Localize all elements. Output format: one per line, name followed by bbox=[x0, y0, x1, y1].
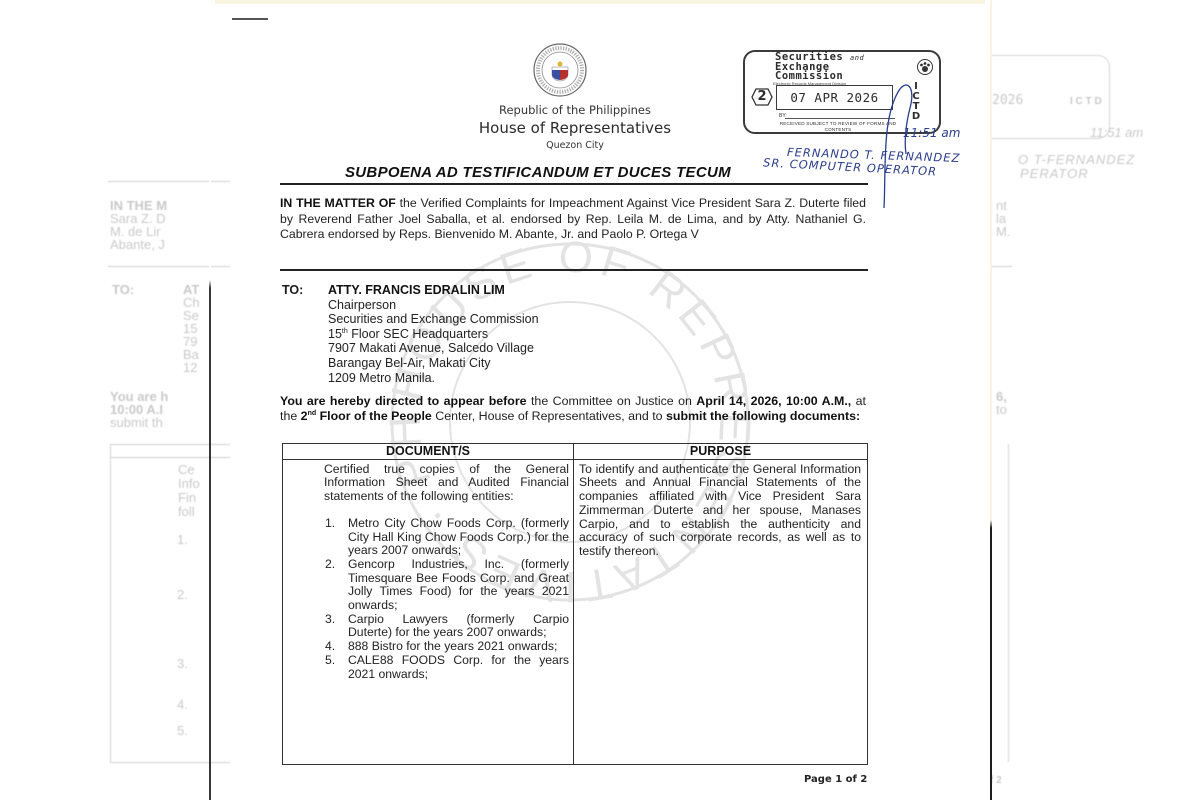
stamp-by-line bbox=[785, 118, 895, 119]
ghost-text: 4. bbox=[177, 697, 188, 712]
in-the-matter-paragraph: IN THE MATTER OF the Verified Complaints… bbox=[280, 196, 866, 243]
page-edge-right bbox=[990, 0, 992, 800]
ghost-text: Info bbox=[178, 476, 200, 491]
page-top-tint bbox=[215, 0, 985, 4]
addressee-street: 7907 Makati Avenue, Salcedo Village bbox=[328, 341, 539, 356]
entity-item: 1.Metro City Chow Foods Corp. (formerly … bbox=[324, 517, 569, 558]
ghost-rule bbox=[990, 266, 1012, 267]
ghost-text: 5. bbox=[177, 723, 188, 738]
ghost-text: 10:00 A.I bbox=[110, 402, 163, 417]
ghost-table-top bbox=[110, 444, 230, 445]
addressee-block: ATTY. FRANCIS EDRALIN LIM Chairperson Se… bbox=[328, 283, 539, 385]
ghost-text: Ch bbox=[183, 295, 200, 310]
purpose-cell: To identify and authenticate the General… bbox=[574, 459, 868, 764]
ghost-text: I C T D bbox=[1070, 94, 1102, 109]
entity-item: 4.888 Bistro for the years 2021 onwards; bbox=[324, 640, 569, 654]
matter-rule bbox=[280, 269, 868, 271]
ghost-text: 6, bbox=[996, 389, 1007, 404]
ghost-text: 2026 bbox=[992, 93, 1023, 108]
sec-logo-icon bbox=[917, 59, 933, 75]
matter-lead: IN THE MATTER OF bbox=[280, 196, 396, 210]
documents-cell: Certified true copies of the General Inf… bbox=[283, 459, 574, 764]
ghost-left-panel: IN THE M Sara Z. D M. de Lir Abante, J T… bbox=[0, 0, 230, 800]
to-label: TO: bbox=[282, 283, 303, 297]
ghost-table-right bbox=[1008, 444, 1009, 762]
ghost-text: submit th bbox=[110, 415, 163, 430]
addressee-position: Chairperson bbox=[328, 298, 539, 313]
stamp-number: 2 bbox=[751, 88, 773, 106]
sec-receiving-stamp: Securities and Exchange Commission Elect… bbox=[743, 50, 941, 134]
ghost-text: IN THE M bbox=[110, 198, 167, 213]
republic-line: Republic of the Philippines bbox=[440, 103, 710, 117]
addressee-agency: Securities and Exchange Commission bbox=[328, 312, 539, 327]
ghost-text: PERATOR bbox=[1020, 166, 1089, 181]
ghost-text: Fin bbox=[178, 490, 196, 505]
ghost-text: M. bbox=[996, 224, 1010, 239]
ghost-text: 12 bbox=[183, 360, 197, 375]
ghost-text: TO: bbox=[112, 282, 134, 297]
ghost-text: AT bbox=[183, 282, 199, 297]
ghost-text: M. de Lir bbox=[110, 224, 161, 239]
ghost-text: la bbox=[996, 211, 1006, 226]
ghost-rule bbox=[108, 266, 230, 267]
ghost-text: O T-FERNANDEZ bbox=[1018, 152, 1135, 167]
header-purpose: PURPOSE bbox=[574, 444, 868, 460]
ghost-text: foll bbox=[178, 504, 195, 519]
purpose-text: To identify and authenticate the General… bbox=[579, 463, 861, 559]
entity-item: 2.Gencorp Industries, Inc. (formerly Tim… bbox=[324, 558, 569, 613]
page-edge-left bbox=[209, 0, 211, 800]
page-number: Page 1 of 2 bbox=[804, 774, 867, 785]
documents-intro: Certified true copies of the General Inf… bbox=[324, 463, 569, 504]
ghost-text: nt bbox=[996, 198, 1007, 213]
entity-item: 5.CALE88 FOODS Corp. for the years 2021 … bbox=[324, 654, 569, 681]
ghost-text: Ba bbox=[183, 347, 199, 362]
entity-item: 3.Carpio Lawyers (formerly Carpio Dutert… bbox=[324, 613, 569, 640]
addressee-floor: 15th Floor SEC Headquarters bbox=[328, 327, 539, 342]
stamp-date: 07 APR 2026 bbox=[776, 85, 893, 110]
header-documents: DOCUMENT/S bbox=[283, 444, 574, 460]
addressee-name: ATTY. FRANCIS EDRALIN LIM bbox=[328, 283, 539, 298]
ghost-text: Ce bbox=[178, 462, 195, 477]
ghost-stamp bbox=[990, 55, 1110, 139]
ghost-text: to bbox=[996, 402, 1007, 417]
ghost-table-left bbox=[110, 444, 111, 762]
ghost-table-head bbox=[110, 457, 230, 458]
house-seal-icon bbox=[533, 43, 587, 97]
ghost-text: Abante, J bbox=[110, 237, 165, 252]
addressee-barangay: Barangay Bel-Air, Makati City bbox=[328, 356, 539, 371]
ghost-table-bottom bbox=[110, 762, 230, 763]
addressee-postal: 1209 Metro Manila. bbox=[328, 371, 539, 386]
ghost-text: 79 bbox=[183, 334, 197, 349]
ghost-text: 1. bbox=[177, 532, 188, 547]
house-line: House of Representatives bbox=[440, 119, 710, 137]
ghost-text: You are h bbox=[110, 389, 168, 404]
ghost-text: 3. bbox=[177, 656, 188, 671]
ghost-text: 2. bbox=[177, 587, 188, 602]
entity-list: 1.Metro City Chow Foods Corp. (formerly … bbox=[324, 517, 569, 681]
city-line: Quezon City bbox=[440, 140, 710, 151]
ghost-rule bbox=[108, 181, 230, 182]
ghost-text: Sara Z. D bbox=[110, 211, 166, 226]
received-time: 11:51 am bbox=[903, 126, 960, 140]
documents-table: DOCUMENT/S PURPOSE Certified true copies… bbox=[282, 443, 868, 765]
document-title: SUBPOENA AD TESTIFICANDUM ET DUCES TECUM bbox=[345, 164, 731, 181]
ghost-text: 15 bbox=[183, 321, 197, 336]
title-rule bbox=[280, 183, 868, 185]
ghost-text: Se bbox=[183, 308, 199, 323]
stamp-org: Securities and Exchange Commission bbox=[775, 53, 864, 81]
ghost-text: 11:51 am bbox=[1090, 125, 1143, 140]
directive-paragraph: You are hereby directed to appear before… bbox=[280, 394, 866, 424]
page-corner-mark bbox=[232, 18, 268, 20]
stamp-received-note: RECEIVED SUBJECT TO REVIEW OF FORMS AND … bbox=[779, 121, 897, 132]
stamp-ictd: ICTD bbox=[909, 82, 923, 122]
ghost-right-panel: 2026 I C T D 11:51 am O T-FERNANDEZ PERA… bbox=[990, 0, 1200, 800]
